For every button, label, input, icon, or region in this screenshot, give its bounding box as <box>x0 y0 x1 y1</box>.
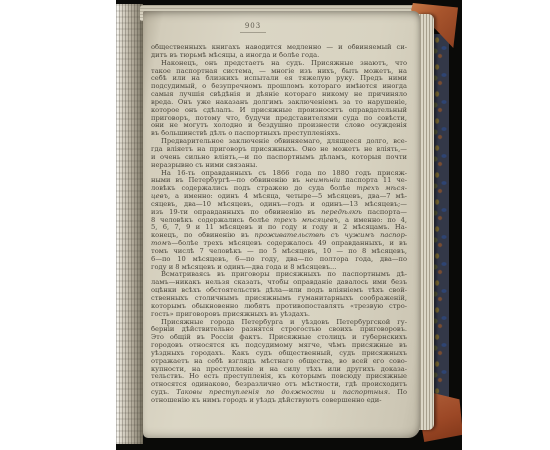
text-line: оцѣнки всѣхъ обстоятельствъ дѣла—или под… <box>151 287 407 295</box>
text-line: конецъ, по обвиненію въ проживательствѣ … <box>151 232 407 240</box>
text-line: сяцевъ, два—10 мѣсяцевъ, одинъ—годъ и од… <box>151 201 407 209</box>
marbled-cover-strip <box>433 34 449 398</box>
page-number: 903 <box>245 22 261 30</box>
text-line: купности, на преступленіе и на силу тѣхъ… <box>151 366 407 374</box>
text-line: ловѣкъ содержались подъ стражею до суда … <box>151 185 407 193</box>
text-line: 8 человѣкъ содержались болѣе трехъ мѣсяц… <box>151 217 407 225</box>
text-line: 5, 6, 7, 9 и 11 мѣсяцевъ и по году и год… <box>151 224 407 232</box>
text-block: общественныхъ книгахъ наводится медленно… <box>151 44 407 405</box>
text-line: неразрывно съ ними связаны. <box>151 162 407 170</box>
text-line: Это общій въ Россіи фактъ. Присяжные сто… <box>151 334 407 342</box>
text-line: самыя лучшія свѣдѣнія и дѣяніе котораго … <box>151 91 407 99</box>
text-line: гость» приговоровъ присяжныхъ въ уѣздахъ… <box>151 311 407 319</box>
text-line: приговоръ, потому что, будучи представит… <box>151 115 407 123</box>
text-line: которымъ обыкновенно любятъ противопоста… <box>151 303 407 311</box>
page-number-rule <box>240 32 266 33</box>
left-page-edges <box>116 4 143 444</box>
text-line: томъ числѣ 7 человѣкъ — по 5 мѣсяцевъ, 1… <box>151 248 407 256</box>
text-line: уѣздныхъ городахъ. Какъ судъ общественны… <box>151 350 407 358</box>
book-page: 903 общественныхъ книгахъ наводится медл… <box>143 11 420 438</box>
text-line: судъ. Таковы преступленія по должности и… <box>151 389 407 397</box>
text-line: изъ 19-ти оправданныхъ по обвиненію въ п… <box>151 209 407 217</box>
text-line: году и 8 мѣсяцевъ и одинъ—два года и 8 м… <box>151 264 407 272</box>
text-line: тельствъ. Но есть преступленія, къ котор… <box>151 373 407 381</box>
text-line: дитъ въ тюрьмѣ мѣсяцы, а иногда и болѣе … <box>151 52 407 60</box>
text-line: Всматриваясь въ приговоры присяжныхъ по … <box>151 271 407 279</box>
text-line: такое паспортная система, — многіе изъ н… <box>151 68 407 76</box>
text-line: цевъ, а именно: одинъ 4 мѣсяца, четыре—5… <box>151 193 407 201</box>
text-line: Наконецъ, онъ предстаетъ на судъ. Присяж… <box>151 60 407 68</box>
text-line: въ большинствѣ дѣлъ о паспортныхъ престу… <box>151 130 407 138</box>
text-line: вреда. Онъ уже наказанъ долгимъ заключен… <box>151 99 407 107</box>
text-line: гда вліяетъ на приговоръ присяжныхъ. Оно… <box>151 146 407 154</box>
text-line: городовъ относятся къ подсудимому мягче,… <box>151 342 407 350</box>
text-line: берніи дѣйствительно разнятся строгостью… <box>151 326 407 334</box>
text-line: ными въ Петербургѣ—по обвиненію въ неимѣ… <box>151 177 407 185</box>
text-line: они не могутъ холодно и бездушно произне… <box>151 122 407 130</box>
text-line: Присяжные города Петербурга и уѣздовъ Пе… <box>151 319 407 327</box>
text-line: отражаетъ на себѣ взглядъ мѣстнаго общес… <box>151 358 407 366</box>
text-line: Предварительное заключеніе обвиняемаго, … <box>151 138 407 146</box>
book-photo: 903 общественныхъ книгахъ наводится медл… <box>116 0 462 450</box>
fore-edge-pages <box>418 14 434 430</box>
text-line: относятся одинаково, безразлично отъ мѣс… <box>151 381 407 389</box>
text-line: общественныхъ книгахъ наводится медленно… <box>151 44 407 52</box>
text-line: ственныхъ столичнымъ присяжнымъ гуманита… <box>151 295 407 303</box>
text-line: подсудимый, о безупречномъ прошломъ кото… <box>151 83 407 91</box>
text-line: томъ—болѣе трехъ мѣсяцевъ содержалось 49… <box>151 240 407 248</box>
text-line: ламъ—никакъ нельзя сказать, чтобы оправд… <box>151 279 407 287</box>
page-header: 903 <box>143 22 363 33</box>
text-line: и очень сильно вліять,—и по паспортнымъ … <box>151 154 407 162</box>
text-line: себѣ или на близкихъ испытали ея тяжелую… <box>151 75 407 83</box>
text-line: отношенію къ нимъ городъ и уѣздъ дѣйству… <box>151 397 407 405</box>
text-line: которое онъ сдѣлалъ. И присяжные произно… <box>151 107 407 115</box>
text-line: На 16-ть оправданныхъ съ 1866 года по 18… <box>151 170 407 178</box>
text-line: 6—по 10 мѣсяцевъ, 6—по году, два—по полт… <box>151 256 407 264</box>
